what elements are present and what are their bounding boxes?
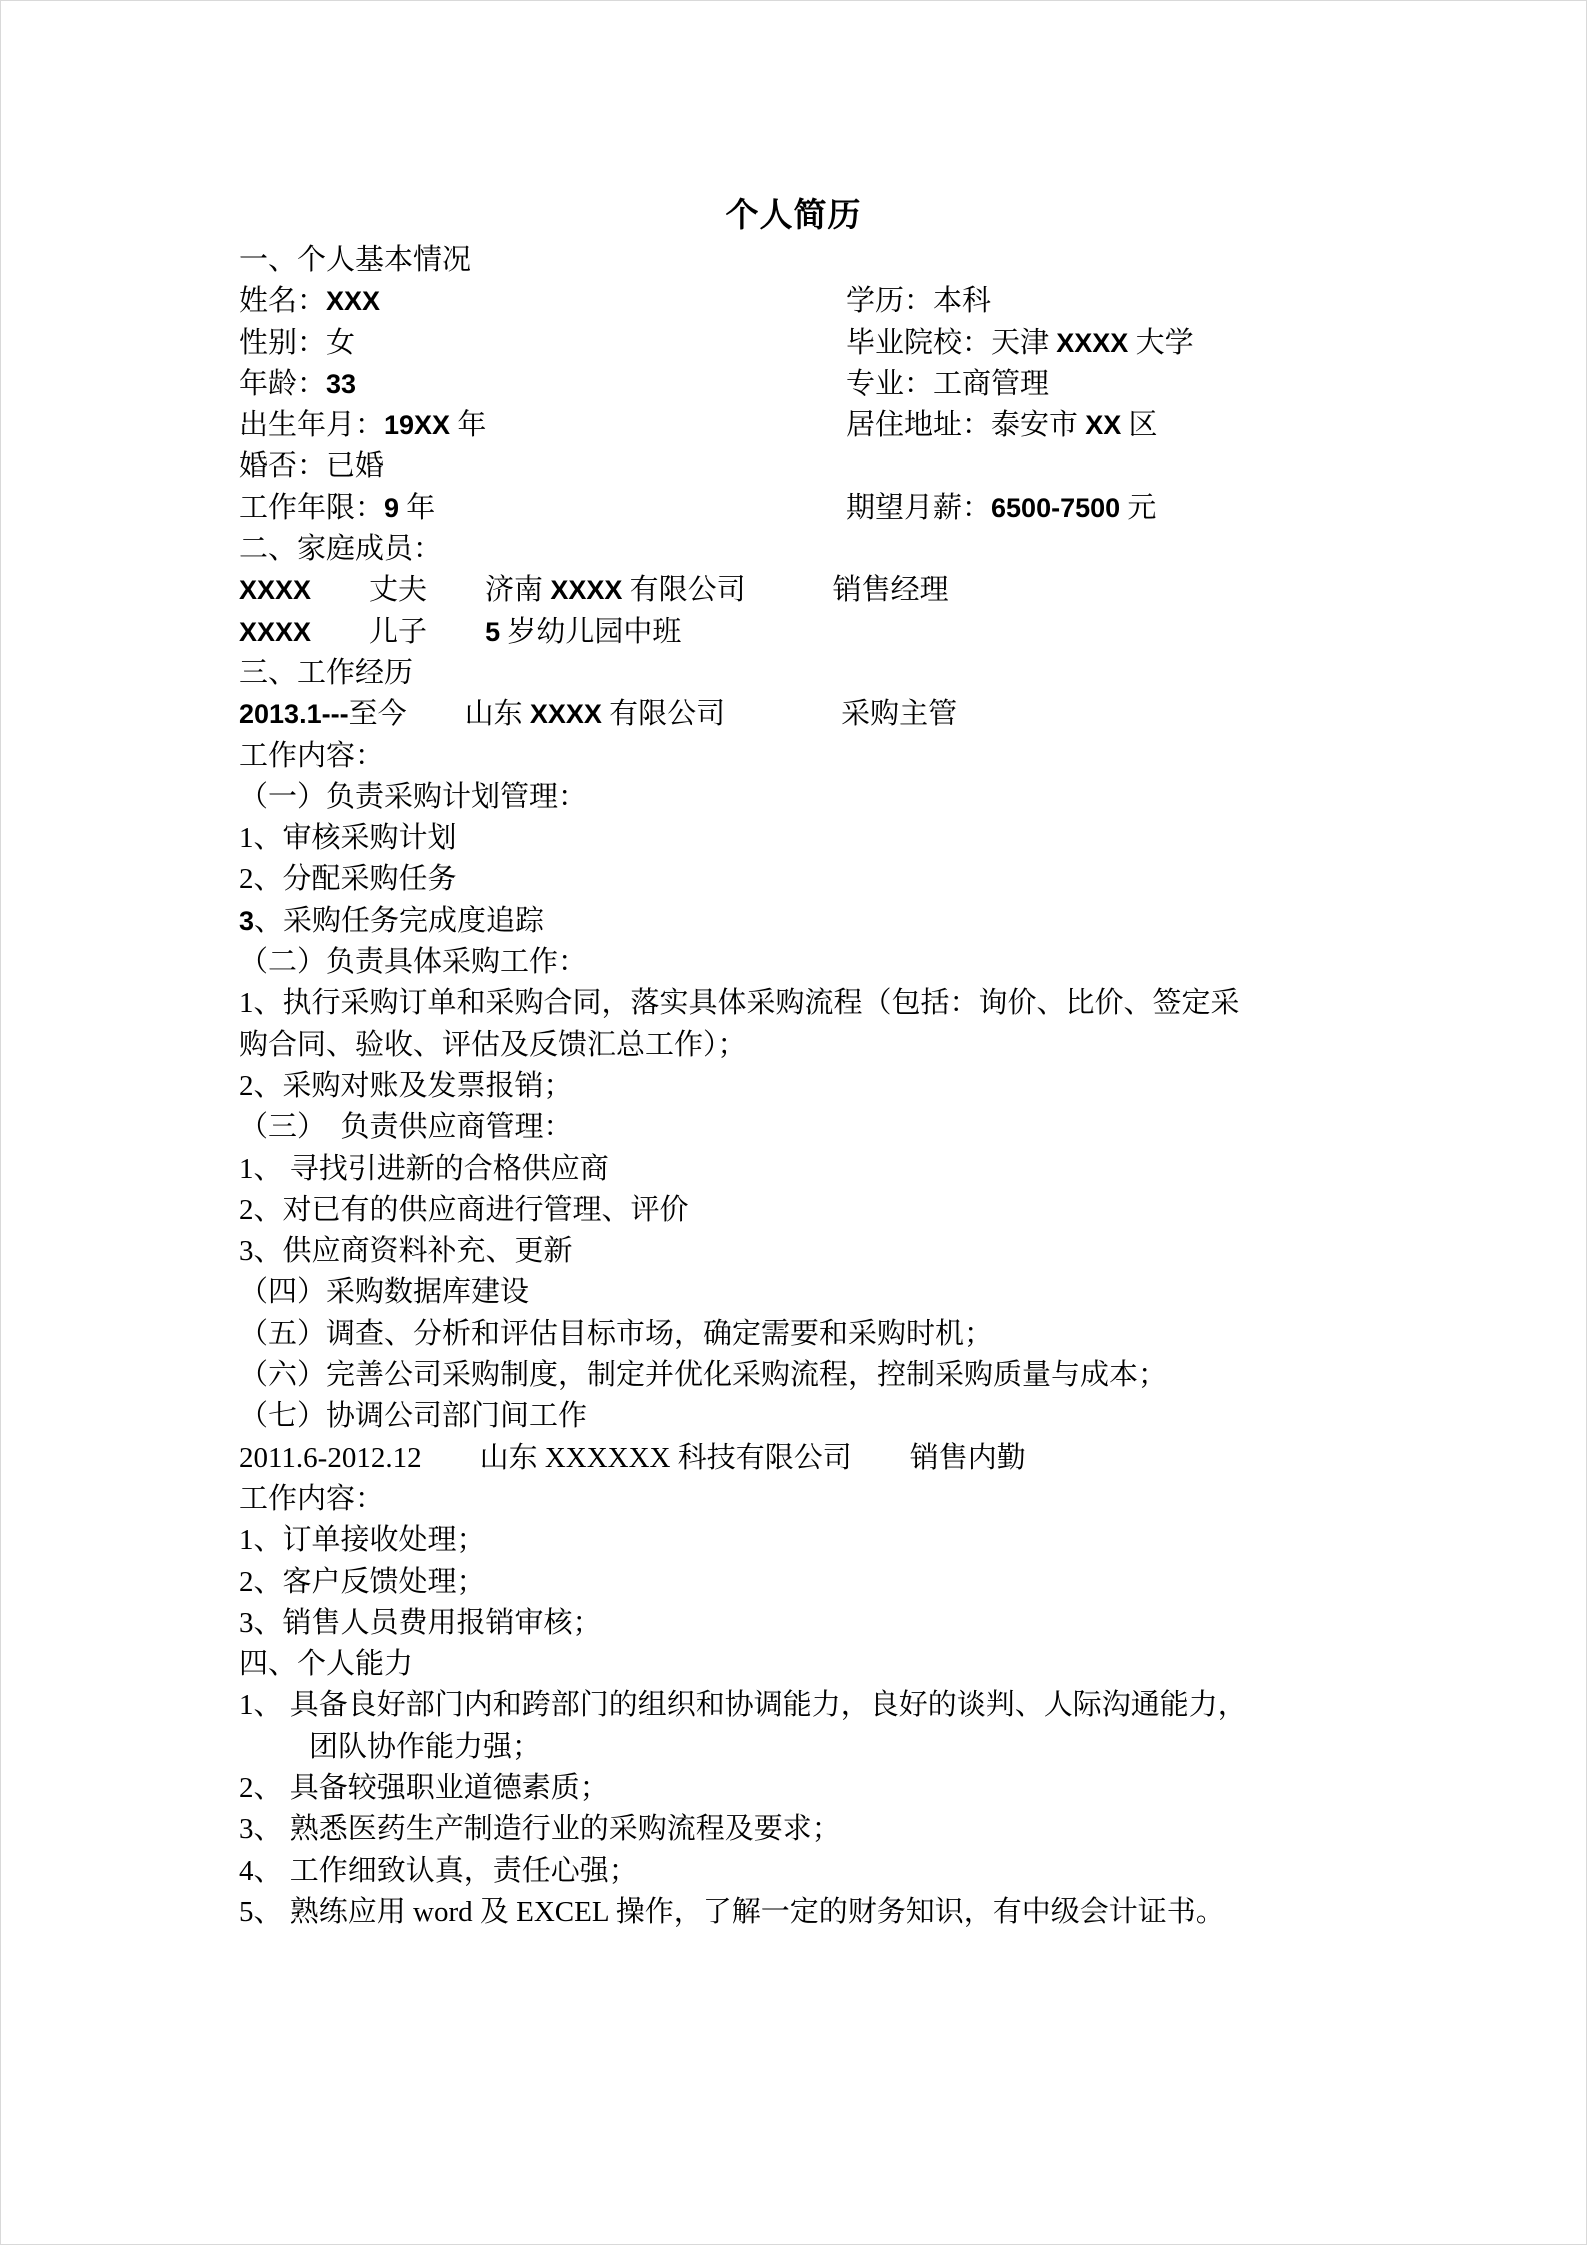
text-segment: 1、 具备良好部门内和跨部门的组织和协调能力，良好的谈判、人际沟通能力，: [239, 1689, 1247, 1721]
right-field: 学历：本科: [846, 281, 991, 322]
text-segment: 工作内容：: [239, 1483, 384, 1515]
text-segment: 购合同、验收、评估及反馈汇总工作）；: [239, 1029, 747, 1061]
text-segment: 4、 工作细致认真，责任心强；: [239, 1855, 638, 1887]
placeholder-bold-text: 6500-7500: [991, 493, 1120, 523]
left-field: 工作年限：9 年: [239, 492, 435, 524]
text-segment: 3、供应商资料补充、更新: [239, 1235, 573, 1267]
text-line: 1、 寻找引进新的合格供应商: [239, 1149, 1499, 1190]
text-line: 1、订单接收处理；: [239, 1520, 1499, 1561]
text-segment: （六）完善公司采购制度，制定并优化采购流程，控制采购质量与成本；: [239, 1359, 1167, 1391]
placeholder-bold-text: XX: [1085, 410, 1121, 440]
text-line: 团队协作能力强；: [239, 1727, 1499, 1768]
text-line: 2013.1---至今 山东 XXXX 有限公司 采购主管: [239, 694, 1499, 735]
text-line: （六）完善公司采购制度，制定并优化采购流程，控制采购质量与成本；: [239, 1355, 1499, 1396]
text-segment: 2、采购对账及发票报销；: [239, 1070, 573, 1102]
text-line: 工作内容：: [239, 736, 1499, 777]
text-line: 二、家庭成员：: [239, 529, 1499, 570]
text-line: 工作内容：: [239, 1479, 1499, 1520]
text-line: （四）采购数据库建设: [239, 1272, 1499, 1313]
left-field: 出生年月：19XX 年: [239, 409, 486, 441]
text-segment: 1、 寻找引进新的合格供应商: [239, 1153, 609, 1185]
text-segment: 至今 山东: [349, 698, 530, 730]
text-line: 1、审核采购计划: [239, 818, 1499, 859]
text-line: （一）负责采购计划管理：: [239, 777, 1499, 818]
text-line: 婚否：已婚: [239, 446, 1499, 487]
text-segment: 婚否：已婚: [239, 450, 384, 482]
placeholder-bold-text: XXXX: [530, 699, 602, 729]
resume-page: 个人简历 一、个人基本情况姓名：XXX学历：本科性别：女毕业院校：天津 XXXX…: [0, 0, 1587, 2245]
right-field: 专业：工商管理: [846, 364, 1049, 405]
placeholder-bold-text: 3: [239, 906, 254, 936]
left-field: 年龄：33: [239, 368, 356, 400]
text-line: 2、采购对账及发票报销；: [239, 1066, 1499, 1107]
right-field: 毕业院校：天津 XXXX 大学: [846, 323, 1194, 364]
text-segment: 1、审核采购计划: [239, 822, 457, 854]
text-segment: 2、分配采购任务: [239, 863, 457, 895]
placeholder-bold-text: XXXX: [550, 575, 622, 605]
left-field: 姓名：XXX: [239, 285, 380, 317]
placeholder-bold-text: 33: [326, 369, 356, 399]
text-segment: 儿子: [311, 616, 485, 648]
text-segment: 3、销售人员费用报销审核；: [239, 1607, 602, 1639]
right-field: 居住地址：泰安市 XX 区: [846, 405, 1158, 446]
text-segment: 四、个人能力: [239, 1648, 413, 1680]
text-line: 2、 具备较强职业道德素质；: [239, 1768, 1499, 1809]
text-segment: 2、 具备较强职业道德素质；: [239, 1772, 609, 1804]
text-line: 1、执行采购订单和采购合同，落实具体采购流程（包括：询价、比价、签定采: [239, 983, 1499, 1024]
text-segment: 1、执行采购订单和采购合同，落实具体采购流程（包括：询价、比价、签定采: [239, 987, 1240, 1019]
text-segment: 一、个人基本情况: [239, 244, 471, 276]
text-segment: 岁幼儿园中班: [500, 616, 681, 648]
text-line: （三） 负责供应商管理：: [239, 1107, 1499, 1148]
text-line: 5、 熟练应用 word 及 EXCEL 操作，了解一定的财务知识，有中级会计证…: [239, 1892, 1499, 1933]
text-segment: （七）协调公司部门间工作: [239, 1400, 587, 1432]
text-segment: 姓名：: [239, 285, 326, 317]
text-line: 1、 具备良好部门内和跨部门的组织和协调能力，良好的谈判、人际沟通能力，: [239, 1685, 1499, 1726]
text-segment: （五）调查、分析和评估目标市场，确定需要和采购时机；: [239, 1318, 993, 1350]
text-segment: 区: [1121, 409, 1157, 441]
text-segment: 工作年限：: [239, 492, 384, 524]
text-segment: 二、家庭成员：: [239, 533, 442, 565]
text-segment: 年龄：: [239, 368, 326, 400]
text-segment: （四）采购数据库建设: [239, 1276, 529, 1308]
text-line: 一、个人基本情况: [239, 240, 1499, 281]
text-segment: 年: [399, 492, 435, 524]
text-segment: 专业：工商管理: [846, 368, 1049, 400]
text-segment: 2、客户反馈处理；: [239, 1566, 486, 1598]
text-line: （二）负责具体采购工作：: [239, 942, 1499, 983]
text-segment: 5、 熟练应用 word 及 EXCEL 操作，了解一定的财务知识，有中级会计证…: [239, 1896, 1225, 1928]
text-segment: 有限公司 销售经理: [622, 574, 948, 606]
text-segment: 年: [450, 409, 486, 441]
document-title: 个人简历: [1, 189, 1586, 236]
text-line: 购合同、验收、评估及反馈汇总工作）；: [239, 1025, 1499, 1066]
text-segment: 3、 熟悉医药生产制造行业的采购流程及要求；: [239, 1813, 841, 1845]
text-segment: 毕业院校：天津: [846, 327, 1056, 359]
text-segment: 学历：本科: [846, 285, 991, 317]
text-segment: 1、订单接收处理；: [239, 1524, 486, 1556]
placeholder-bold-text: 2013.1---: [239, 699, 349, 729]
right-field: 期望月薪：6500-7500 元: [846, 488, 1156, 529]
text-line: 3、销售人员费用报销审核；: [239, 1603, 1499, 1644]
text-segment: 2、对已有的供应商进行管理、评价: [239, 1194, 689, 1226]
text-line: XXXX 儿子 5 岁幼儿园中班: [239, 612, 1499, 653]
text-line: （五）调查、分析和评估目标市场，确定需要和采购时机；: [239, 1314, 1499, 1355]
two-column-line: 工作年限：9 年期望月薪：6500-7500 元: [239, 488, 1499, 529]
text-line: 2、客户反馈处理；: [239, 1562, 1499, 1603]
text-line: 2、对已有的供应商进行管理、评价: [239, 1190, 1499, 1231]
text-segment: 期望月薪：: [846, 492, 991, 524]
text-segment: 团队协作能力强；: [309, 1731, 541, 1763]
text-segment: 2011.6-2012.12 山东 XXXXXX 科技有限公司 销售内勤: [239, 1442, 1026, 1474]
text-segment: 出生年月：: [239, 409, 384, 441]
document-body: 一、个人基本情况姓名：XXX学历：本科性别：女毕业院校：天津 XXXX 大学年龄…: [239, 240, 1499, 1933]
text-segment: （三） 负责供应商管理：: [239, 1111, 573, 1143]
text-line: 三、工作经历: [239, 653, 1499, 694]
text-line: 3、 熟悉医药生产制造行业的采购流程及要求；: [239, 1809, 1499, 1850]
two-column-line: 姓名：XXX学历：本科: [239, 281, 1499, 322]
text-segment: （一）负责采购计划管理：: [239, 781, 587, 813]
text-line: XXXX 丈夫 济南 XXXX 有限公司 销售经理: [239, 570, 1499, 611]
text-segment: 、采购任务完成度追踪: [254, 905, 544, 937]
text-segment: 有限公司 采购主管: [602, 698, 957, 730]
two-column-line: 出生年月：19XX 年居住地址：泰安市 XX 区: [239, 405, 1499, 446]
placeholder-bold-text: XXX: [326, 286, 380, 316]
text-line: 2011.6-2012.12 山东 XXXXXX 科技有限公司 销售内勤: [239, 1438, 1499, 1479]
text-line: 2、分配采购任务: [239, 859, 1499, 900]
text-line: （七）协调公司部门间工作: [239, 1396, 1499, 1437]
placeholder-bold-text: XXXX: [1056, 328, 1128, 358]
text-segment: 居住地址：泰安市: [846, 409, 1085, 441]
text-line: 3、采购任务完成度追踪: [239, 901, 1499, 942]
placeholder-bold-text: XXXX: [239, 617, 311, 647]
placeholder-bold-text: XXXX: [239, 575, 311, 605]
placeholder-bold-text: 9: [384, 493, 399, 523]
text-segment: 性别：女: [239, 327, 355, 359]
text-segment: 丈夫 济南: [311, 574, 550, 606]
left-field: 性别：女: [239, 327, 355, 359]
text-segment: 元: [1120, 492, 1156, 524]
text-line: 3、供应商资料补充、更新: [239, 1231, 1499, 1272]
text-segment: 三、工作经历: [239, 657, 413, 689]
two-column-line: 年龄：33专业：工商管理: [239, 364, 1499, 405]
text-segment: （二）负责具体采购工作：: [239, 946, 587, 978]
placeholder-bold-text: 19XX: [384, 410, 450, 440]
text-line: 4、 工作细致认真，责任心强；: [239, 1851, 1499, 1892]
text-segment: 工作内容：: [239, 740, 384, 772]
two-column-line: 性别：女毕业院校：天津 XXXX 大学: [239, 323, 1499, 364]
placeholder-bold-text: 5: [485, 617, 500, 647]
text-segment: 大学: [1128, 327, 1193, 359]
text-line: 四、个人能力: [239, 1644, 1499, 1685]
